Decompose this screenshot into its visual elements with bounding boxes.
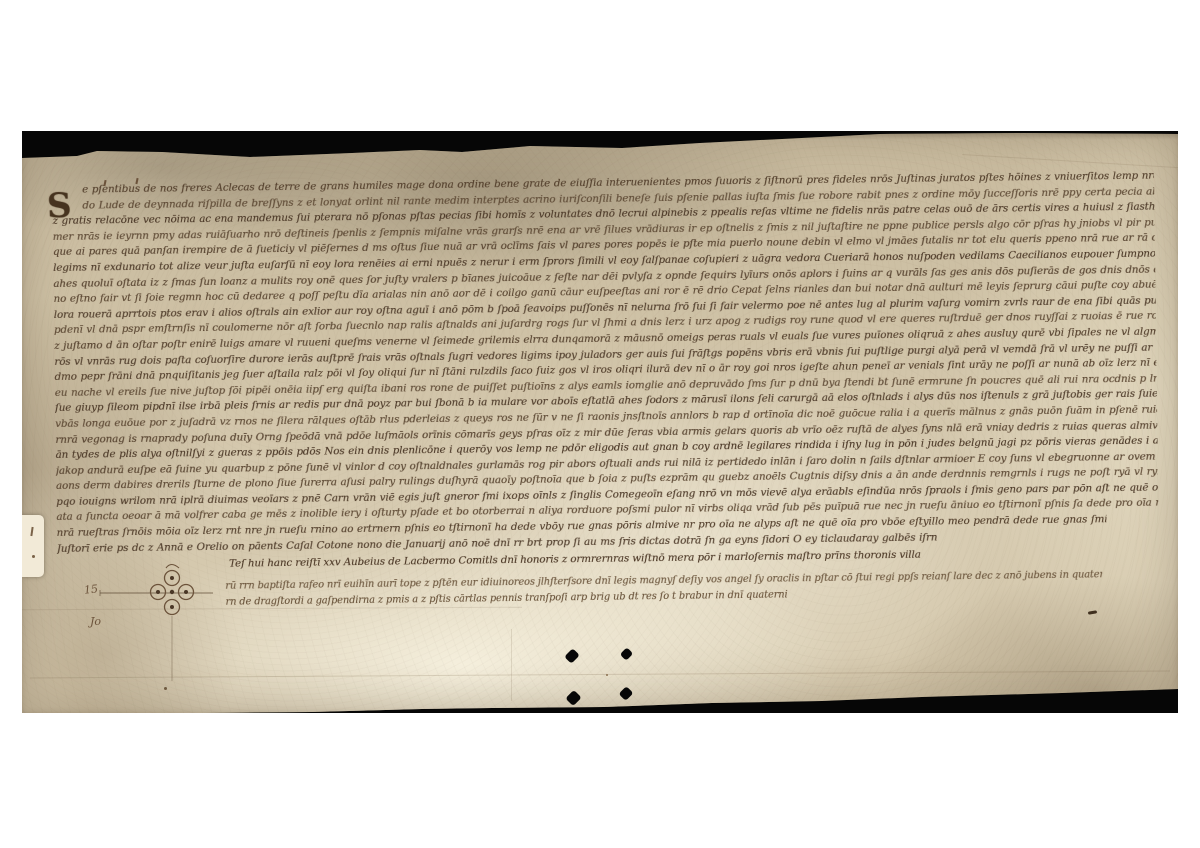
parchment-sheet: S e pſentibus de nos freres Aclecas de t…: [22, 131, 1178, 713]
notary-sign-icon: [80, 561, 240, 686]
margin-mark-above-sign: 15: [83, 582, 98, 596]
tab-ink-mark: [30, 527, 33, 536]
ink-blot: [1088, 610, 1097, 615]
scanned-page: S e pſentibus de nos freres Aclecas de t…: [0, 0, 1200, 848]
manuscript-text-block: e pſentibus de nos freres Aclecas de ter…: [52, 168, 1178, 611]
crease-line: [962, 154, 1178, 169]
margin-mark-below-sign: Jo: [90, 615, 101, 628]
ink-speck: [606, 674, 608, 676]
ink-speck: [164, 687, 167, 690]
crease-line: [511, 629, 512, 701]
scan-area: S e pſentibus de nos freres Aclecas de t…: [22, 131, 1178, 713]
archival-tab: [22, 515, 44, 577]
tab-ink-mark: [32, 555, 35, 558]
